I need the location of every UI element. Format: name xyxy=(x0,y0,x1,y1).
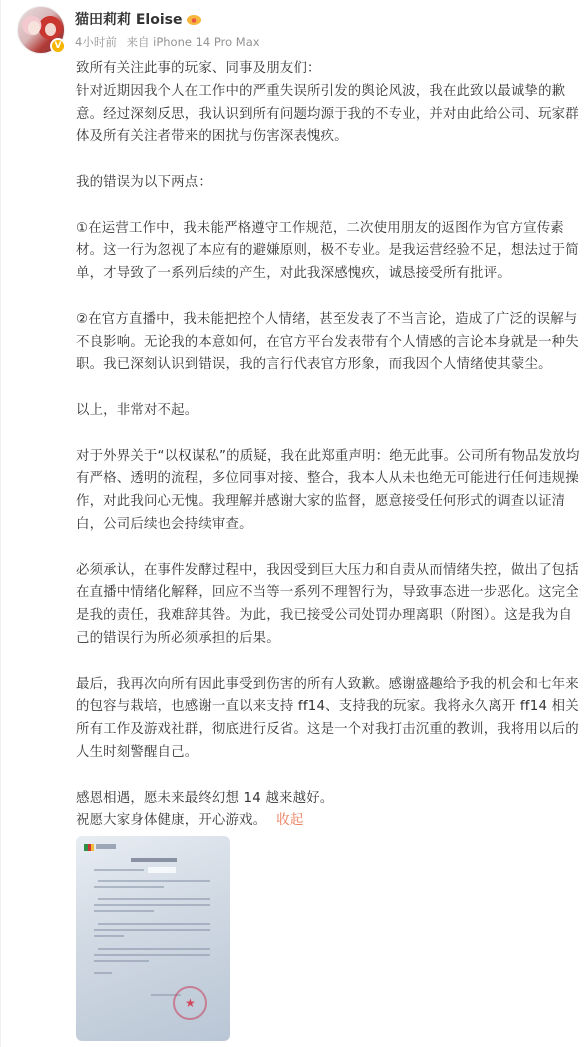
avatar-face xyxy=(45,23,56,36)
document-line xyxy=(98,948,210,950)
paragraph: 以上，非常对不起。 xyxy=(76,400,581,423)
post-source: 来自 iPhone 14 Pro Max xyxy=(126,35,259,49)
verified-badge-icon: V xyxy=(50,38,66,54)
post-content: 致所有关注此事的玩家、同事及朋友们： 针对近期因我个人在工作中的严重失误所引发的… xyxy=(76,58,581,833)
post-meta: 4小时前 来自 iPhone 14 Pro Max xyxy=(75,34,260,50)
document-line xyxy=(94,904,210,906)
attached-image[interactable]: ★ xyxy=(76,836,230,1041)
paragraph: 最后，我再次向所有因此事受到伤害的所有人致歉。感谢盛趣给予我的机会和七年来的包容… xyxy=(76,674,581,765)
star-icon: ★ xyxy=(185,996,196,1010)
paragraph: 对于外界关于“以权谋私”的质疑，我在此郑重声明：绝无此事。公司所有物品发放均有严… xyxy=(76,446,581,537)
paragraph: 我的错误为以下两点： xyxy=(76,172,581,195)
red-stamp: ★ xyxy=(173,986,207,1020)
document-line xyxy=(94,869,144,871)
paragraph-gap xyxy=(76,149,581,172)
paragraph: 必须承认，在事件发酵过程中，我因受到巨大压力和自责从而情绪失控，做出了包括在直播… xyxy=(76,560,581,651)
paragraph-gap xyxy=(76,423,581,446)
company-logo-icon xyxy=(84,844,94,851)
weibo-post: V 猫田莉莉 Eloise 4小时前 来自 iPhone 14 Pro Max … xyxy=(0,0,584,1047)
document-line xyxy=(98,898,210,900)
paragraph-text: 祝愿大家身体健康，开心游戏。 xyxy=(76,813,266,828)
collapse-link[interactable]: 收起 xyxy=(276,813,303,828)
document-title xyxy=(131,858,177,862)
document-line xyxy=(98,880,210,882)
paragraph-gap xyxy=(76,651,581,674)
document-line xyxy=(94,972,112,974)
document-line xyxy=(94,960,149,962)
paragraph-gap xyxy=(76,765,581,788)
post-header: V 猫田莉莉 Eloise 4小时前 来自 iPhone 14 Pro Max xyxy=(17,6,260,56)
crown-icon[interactable] xyxy=(187,13,201,25)
document-line xyxy=(94,886,164,888)
post-time[interactable]: 4小时前 xyxy=(75,35,117,49)
author-meta: 猫田莉莉 Eloise 4小时前 来自 iPhone 14 Pro Max xyxy=(75,6,260,56)
author-name[interactable]: 猫田莉莉 Eloise xyxy=(75,9,182,29)
avatar-face xyxy=(28,21,40,35)
document-line xyxy=(98,923,210,925)
paragraph: 致所有关注此事的玩家、同事及朋友们： xyxy=(76,58,581,81)
avatar[interactable]: V xyxy=(17,6,65,54)
paragraph-gap xyxy=(76,377,581,400)
paragraph: ②在官方直播中，我未能把控个人情绪，甚至发表了不当言论，造成了广泛的误解与不良影… xyxy=(76,309,581,377)
document-line xyxy=(94,910,154,912)
name-row: 猫田莉莉 Eloise xyxy=(75,10,260,28)
paragraph: 感恩相遇，愿未来最终幻想 14 越来越好。 xyxy=(76,788,581,811)
logo-text xyxy=(96,844,116,849)
paragraph-gap xyxy=(76,286,581,309)
paragraph-gap xyxy=(76,537,581,560)
document-line xyxy=(94,954,210,956)
paragraph-gap xyxy=(76,195,581,218)
document-line xyxy=(94,929,210,931)
document-line xyxy=(94,935,124,937)
last-paragraph: 祝愿大家身体健康，开心游戏。收起 xyxy=(76,810,581,833)
redacted-area xyxy=(148,867,176,873)
paragraph: ①在运营工作中，我未能严格遵守工作规范，二次使用朋友的返图作为官方宣传素材。这一… xyxy=(76,218,581,286)
paragraph: 针对近期因我个人在工作中的严重失误所引发的舆论风波，我在此致以最诚挚的歉意。经过… xyxy=(76,81,581,149)
